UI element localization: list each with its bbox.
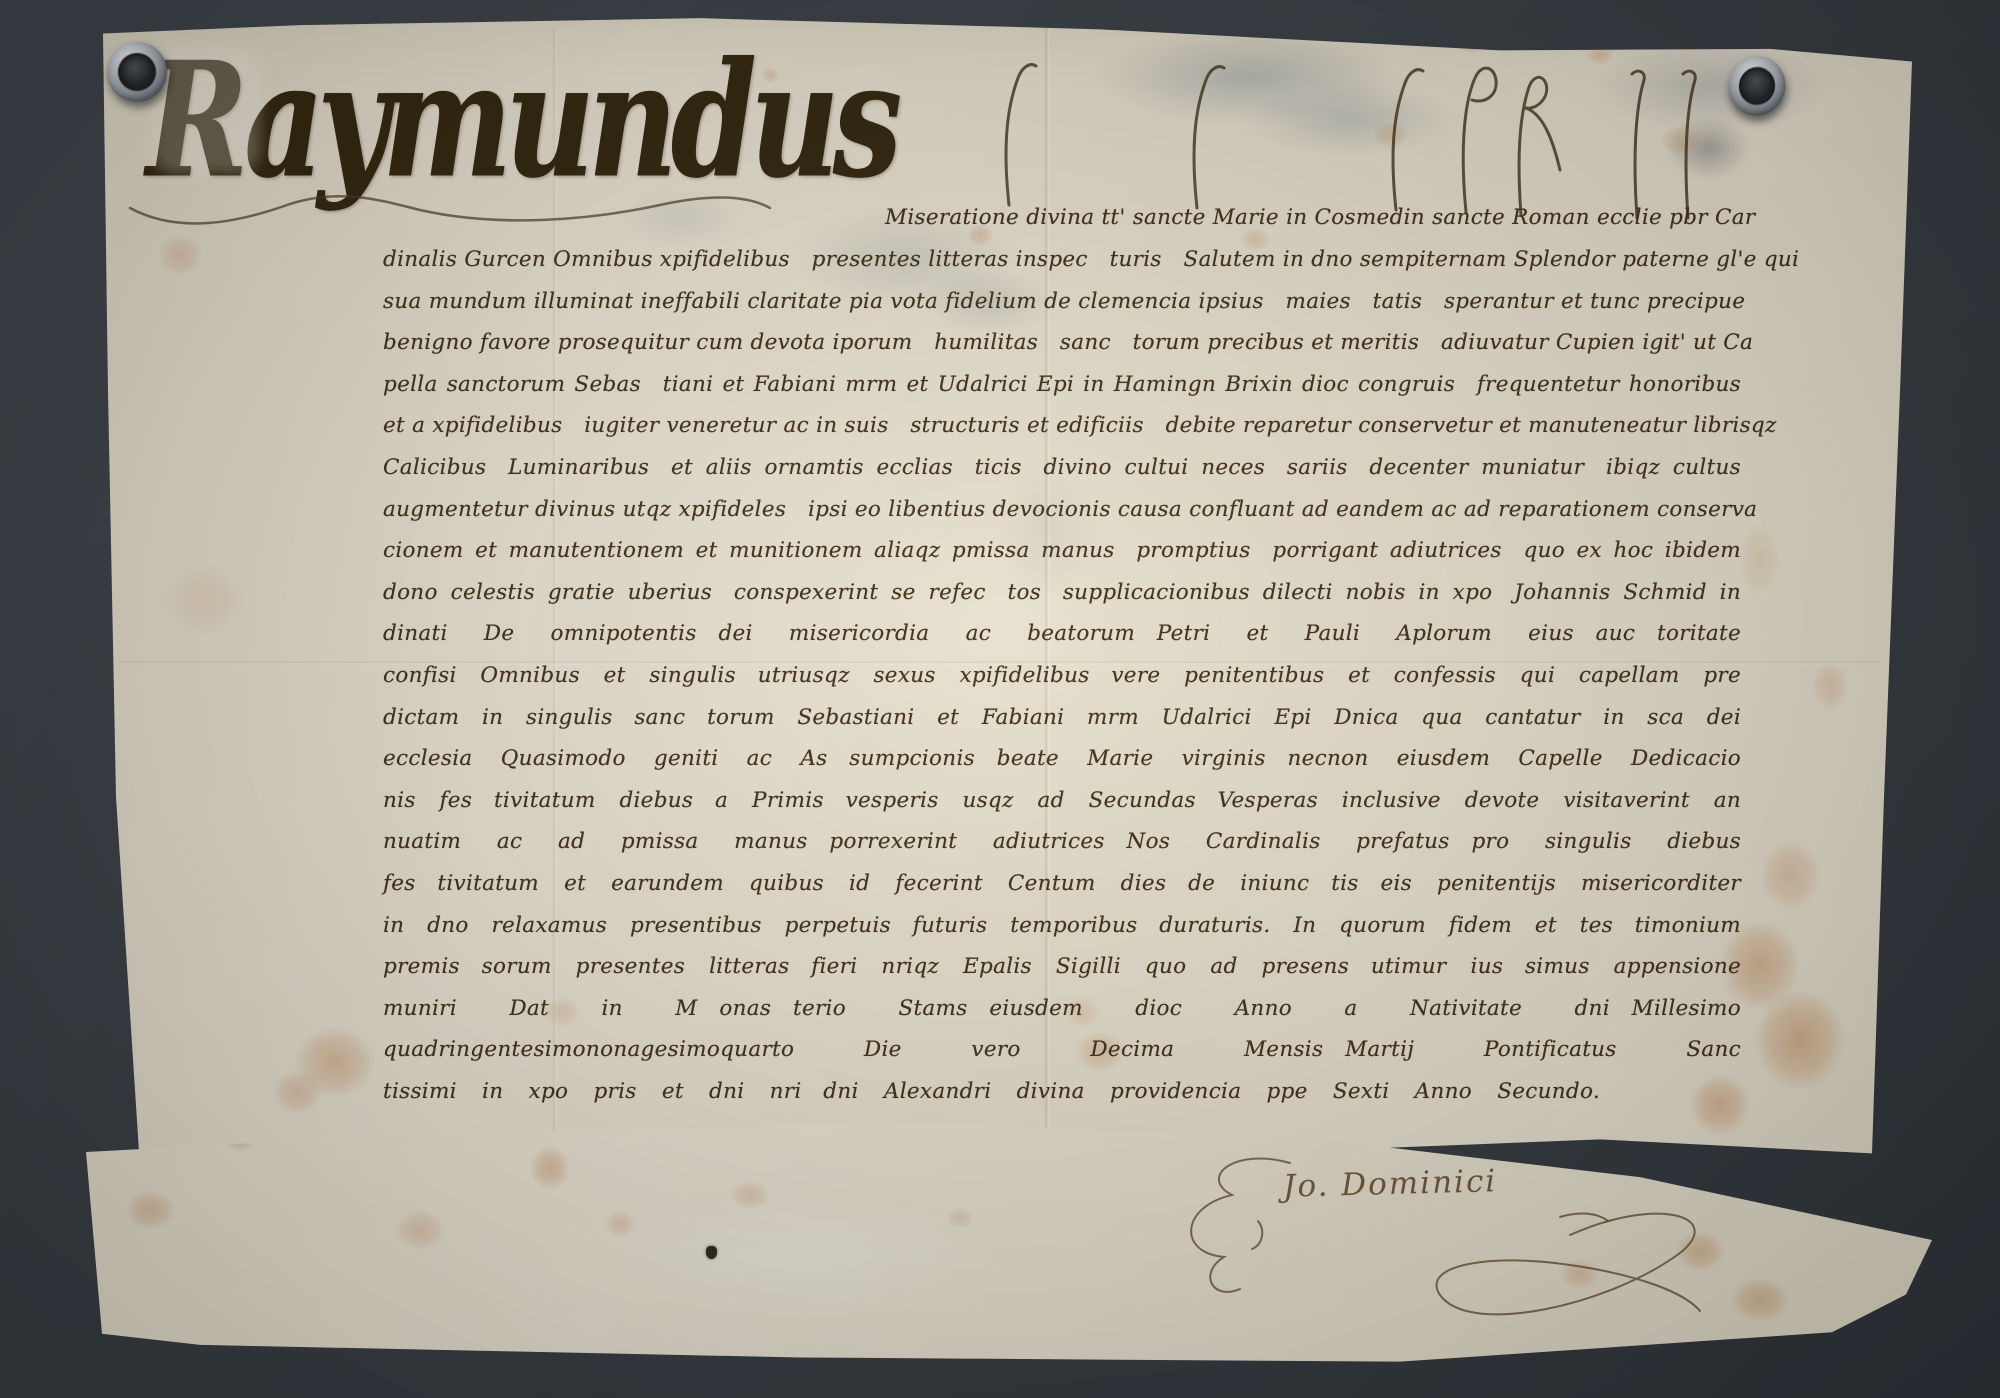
foxing-stain bbox=[1815, 1165, 1885, 1225]
manuscript-line: confisi Omnibus et singulis utriusqz sex… bbox=[383, 655, 1741, 697]
manuscript-line: quadringentesimononagesimoquarto Die ver… bbox=[383, 1029, 1741, 1071]
foxing-stain bbox=[125, 1190, 175, 1230]
manuscript-line: dinalis Gurcen Omnibus xpifidelibus pres… bbox=[383, 239, 1741, 281]
manuscript-line: augmentetur divinus utqz xpifideles ipsi… bbox=[383, 489, 1741, 531]
foxing-stain bbox=[395, 1210, 445, 1250]
manuscript-line: in dno relaxamus presentibus perpetuis f… bbox=[383, 905, 1741, 947]
signature-flourish bbox=[1140, 1125, 1760, 1325]
parchment-hole bbox=[706, 1246, 717, 1259]
foxing-stain bbox=[947, 1208, 973, 1228]
manuscript-line: pella sanctorum Sebas tiani et Fabiani m… bbox=[383, 364, 1741, 406]
manuscript-line: fes tivitatum et earundem quibus id fece… bbox=[383, 863, 1741, 905]
manuscript-line: Calicibus Luminaribus et aliis ornamtis … bbox=[383, 447, 1741, 489]
metal-pin-left bbox=[107, 42, 167, 102]
manuscript-line: dinati De omnipotentis dei misericordia … bbox=[383, 613, 1741, 655]
manuscript-line: dono celestis gratie uberius conspexerin… bbox=[383, 572, 1741, 614]
manuscript-line: cionem et manutentionem et munitionem al… bbox=[383, 530, 1741, 572]
manuscript-line: sua mundum illuminat ineffabili claritat… bbox=[383, 281, 1741, 323]
signature-jo-dominici: Jo. Dominici bbox=[1283, 1163, 1498, 1205]
manuscript-line: muniri Dat in M onas terio Stams eiusdem… bbox=[383, 988, 1741, 1030]
pin-reflection-halo bbox=[152, 46, 260, 174]
foxing-stain bbox=[730, 1180, 770, 1210]
foxing-stain bbox=[605, 1211, 635, 1237]
manuscript-line: premis sorum presentes litteras fieri nr… bbox=[383, 946, 1741, 988]
manuscript-line: ecclesia Quasimodo geniti ac As sumpcion… bbox=[383, 738, 1741, 780]
photo-stage: Raymundus Miseratione divina tt' sancte … bbox=[0, 0, 2000, 1398]
manuscript-line: nis fes tivitatum diebus a Primis vesper… bbox=[383, 780, 1741, 822]
manuscript-line: dictam in singulis sanc torum Sebastiani… bbox=[383, 697, 1741, 739]
manuscript-line: tissimi in xpo pris et dni nri dni Alexa… bbox=[383, 1071, 1600, 1113]
heading-tail-flourish bbox=[120, 180, 780, 240]
foxing-stain bbox=[530, 1146, 570, 1190]
manuscript-line: nuatim ac ad pmissa manus porrexerint ad… bbox=[383, 821, 1741, 863]
manuscript-line: benigno favore prosequitur cum devota ip… bbox=[383, 322, 1741, 364]
manuscript-line: Miseratione divina tt' sancte Marie in C… bbox=[885, 197, 1743, 239]
manuscript-line: et a xpifidelibus iugiter veneretur ac i… bbox=[383, 405, 1741, 447]
